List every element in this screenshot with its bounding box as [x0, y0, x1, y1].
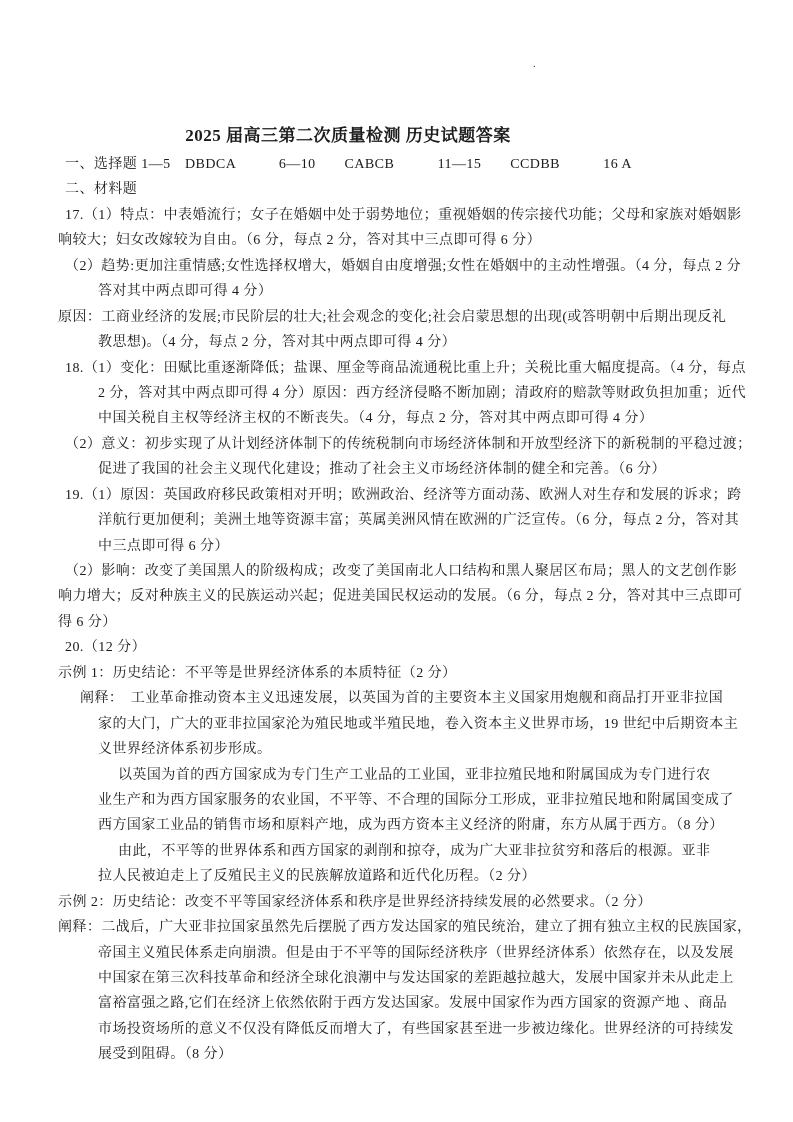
text-line: 2 分，答对其中两点即可得 4 分）原因：西方经济侵略不断加剧；清政府的赔款等财… — [58, 381, 758, 406]
text-line: 示例 1：历史结论：不平等是世界经济体系的本质特征（2 分） — [58, 661, 758, 686]
text-line: 原因：工商业经济的发展;市民阶层的壮大;社会观念的变化;社会启蒙思想的出现(或答… — [58, 305, 758, 330]
text-line: 示例 2：历史结论：改变不平等国家经济体系和秩序是世界经济持续发展的必然要求。（… — [58, 890, 758, 915]
text-line: 18.（1）变化：田赋比重逐渐降低；盐课、厘金等商品流通税比重上升；关税比重大幅… — [58, 356, 758, 381]
text-line: （2）影响：改变了美国黑人的阶级构成；改变了美国南北人口结构和黑人聚居区布局；黑… — [58, 559, 758, 584]
text-line: 市场投资场所的意义不仅没有降低反而增大了，有些国家甚至进一步被边缘化。世界经济的… — [58, 1017, 758, 1042]
text-line: 17.（1）特点：中表婚流行；女子在婚姻中处于弱势地位；重视婚姻的传宗接代功能；… — [58, 203, 758, 228]
text-line: 阐释： 工业革命推动资本主义迅速发展，以英国为首的主要资本主义国家用炮舰和商品打… — [58, 686, 758, 711]
text-line: 响力增大；反对种族主义的民族运动兴起；促进美国民权运动的发展。（6 分，每点 2… — [58, 584, 758, 609]
text-line: （2）趋势:更加注重情感;女性选择权增大，婚姻自由度增强;女性在婚姻中的主动性增… — [58, 254, 758, 279]
page-title: 2025 届高三第二次质量检测 历史试题答案 — [58, 123, 638, 149]
text-line: 中国家在第三次科技革命和经济全球化浪潮中与发达国家的差距越拉越大，发展中国家并未… — [58, 966, 758, 991]
text-line: 展受到阻碍。（8 分） — [58, 1042, 758, 1067]
text-line: 拉人民被迫走上了反殖民主义的民族解放道路和近代化历程。（2 分） — [58, 864, 758, 889]
text-line: 业生产和为西方国家服务的农业国，不平等、不合理的国际分工形成，亚非拉殖民地和附属… — [58, 788, 758, 813]
text-line: 富裕富强之路,它们在经济上依然依附于西方发达国家。发展中国家作为西方国家的资源产… — [58, 991, 758, 1016]
text-line: 中国关税自主权等经济主权的不断丧失。（4 分，每点 2 分，答对其中两点即可得 … — [58, 406, 758, 431]
text-line: 阐释：二战后，广大亚非拉国家虽然先后摆脱了西方发达国家的殖民统治，建立了拥有独立… — [58, 915, 758, 940]
text-line: 以英国为首的西方国家成为专门生产工业品的工业国，亚非拉殖民地和附属国成为专门进行… — [58, 763, 758, 788]
document-page: . 2025 届高三第二次质量检测 历史试题答案 一、选择题 1—5 DBDCA… — [0, 0, 793, 1122]
text-line: 中三点即可得 6 分） — [58, 534, 758, 559]
text-line: 洋航行更加便利；美洲土地等资源丰富；英属美洲风情在欧洲的广泛宣传。（6 分，每点… — [58, 508, 758, 533]
text-line: 得 6 分） — [58, 610, 758, 635]
text-line: 一、选择题 1—5 DBDCA 6—10 CABCB 11—15 CCDBB 1… — [58, 152, 758, 177]
text-line: 义世界经济体系初步形成。 — [58, 737, 758, 762]
text-line: 帝国主义殖民体系走向崩溃。但是由于不平等的国际经济秩序（世界经济体系）依然存在，… — [58, 941, 758, 966]
text-line: 家的大门，广大的亚非拉国家沦为殖民地或半殖民地，卷入资本主义世界市场，19 世纪… — [58, 712, 758, 737]
text-line: 由此，不平等的世界体系和西方国家的剥削和掠夺，成为广大亚非拉贫穷和落后的根源。亚… — [58, 839, 758, 864]
text-line: 20.（12 分） — [58, 635, 758, 660]
document-content: 2025 届高三第二次质量检测 历史试题答案 一、选择题 1—5 DBDCA 6… — [58, 0, 758, 1068]
text-line: （2）意义：初步实现了从计划经济体制下的传统税制向市场经济体制和开放型经济下的新… — [58, 432, 758, 457]
text-line: 答对其中两点即可得 4 分） — [58, 279, 758, 304]
text-line: 教思想)。（4 分，每点 2 分，答对其中两点即可得 4 分） — [58, 330, 758, 355]
text-line: 19.（1）原因：英国政府移民政策相对开明；欧洲政治、经济等方面动荡、欧洲人对生… — [58, 483, 758, 508]
text-line: 二、材料题 — [58, 177, 758, 202]
text-line: 促进了我国的社会主义现代化建设；推动了社会主义市场经济体制的健全和完善。（6 分… — [58, 457, 758, 482]
text-line: 响较大；妇女改嫁较为自由。（6 分，每点 2 分，答对其中三点即可得 6 分） — [58, 228, 758, 253]
document-body: 一、选择题 1—5 DBDCA 6—10 CABCB 11—15 CCDBB 1… — [58, 152, 758, 1068]
text-line: 西方国家工业品的销售市场和原料产地，成为西方资本主义经济的附庸，东方从属于西方。… — [58, 813, 758, 838]
